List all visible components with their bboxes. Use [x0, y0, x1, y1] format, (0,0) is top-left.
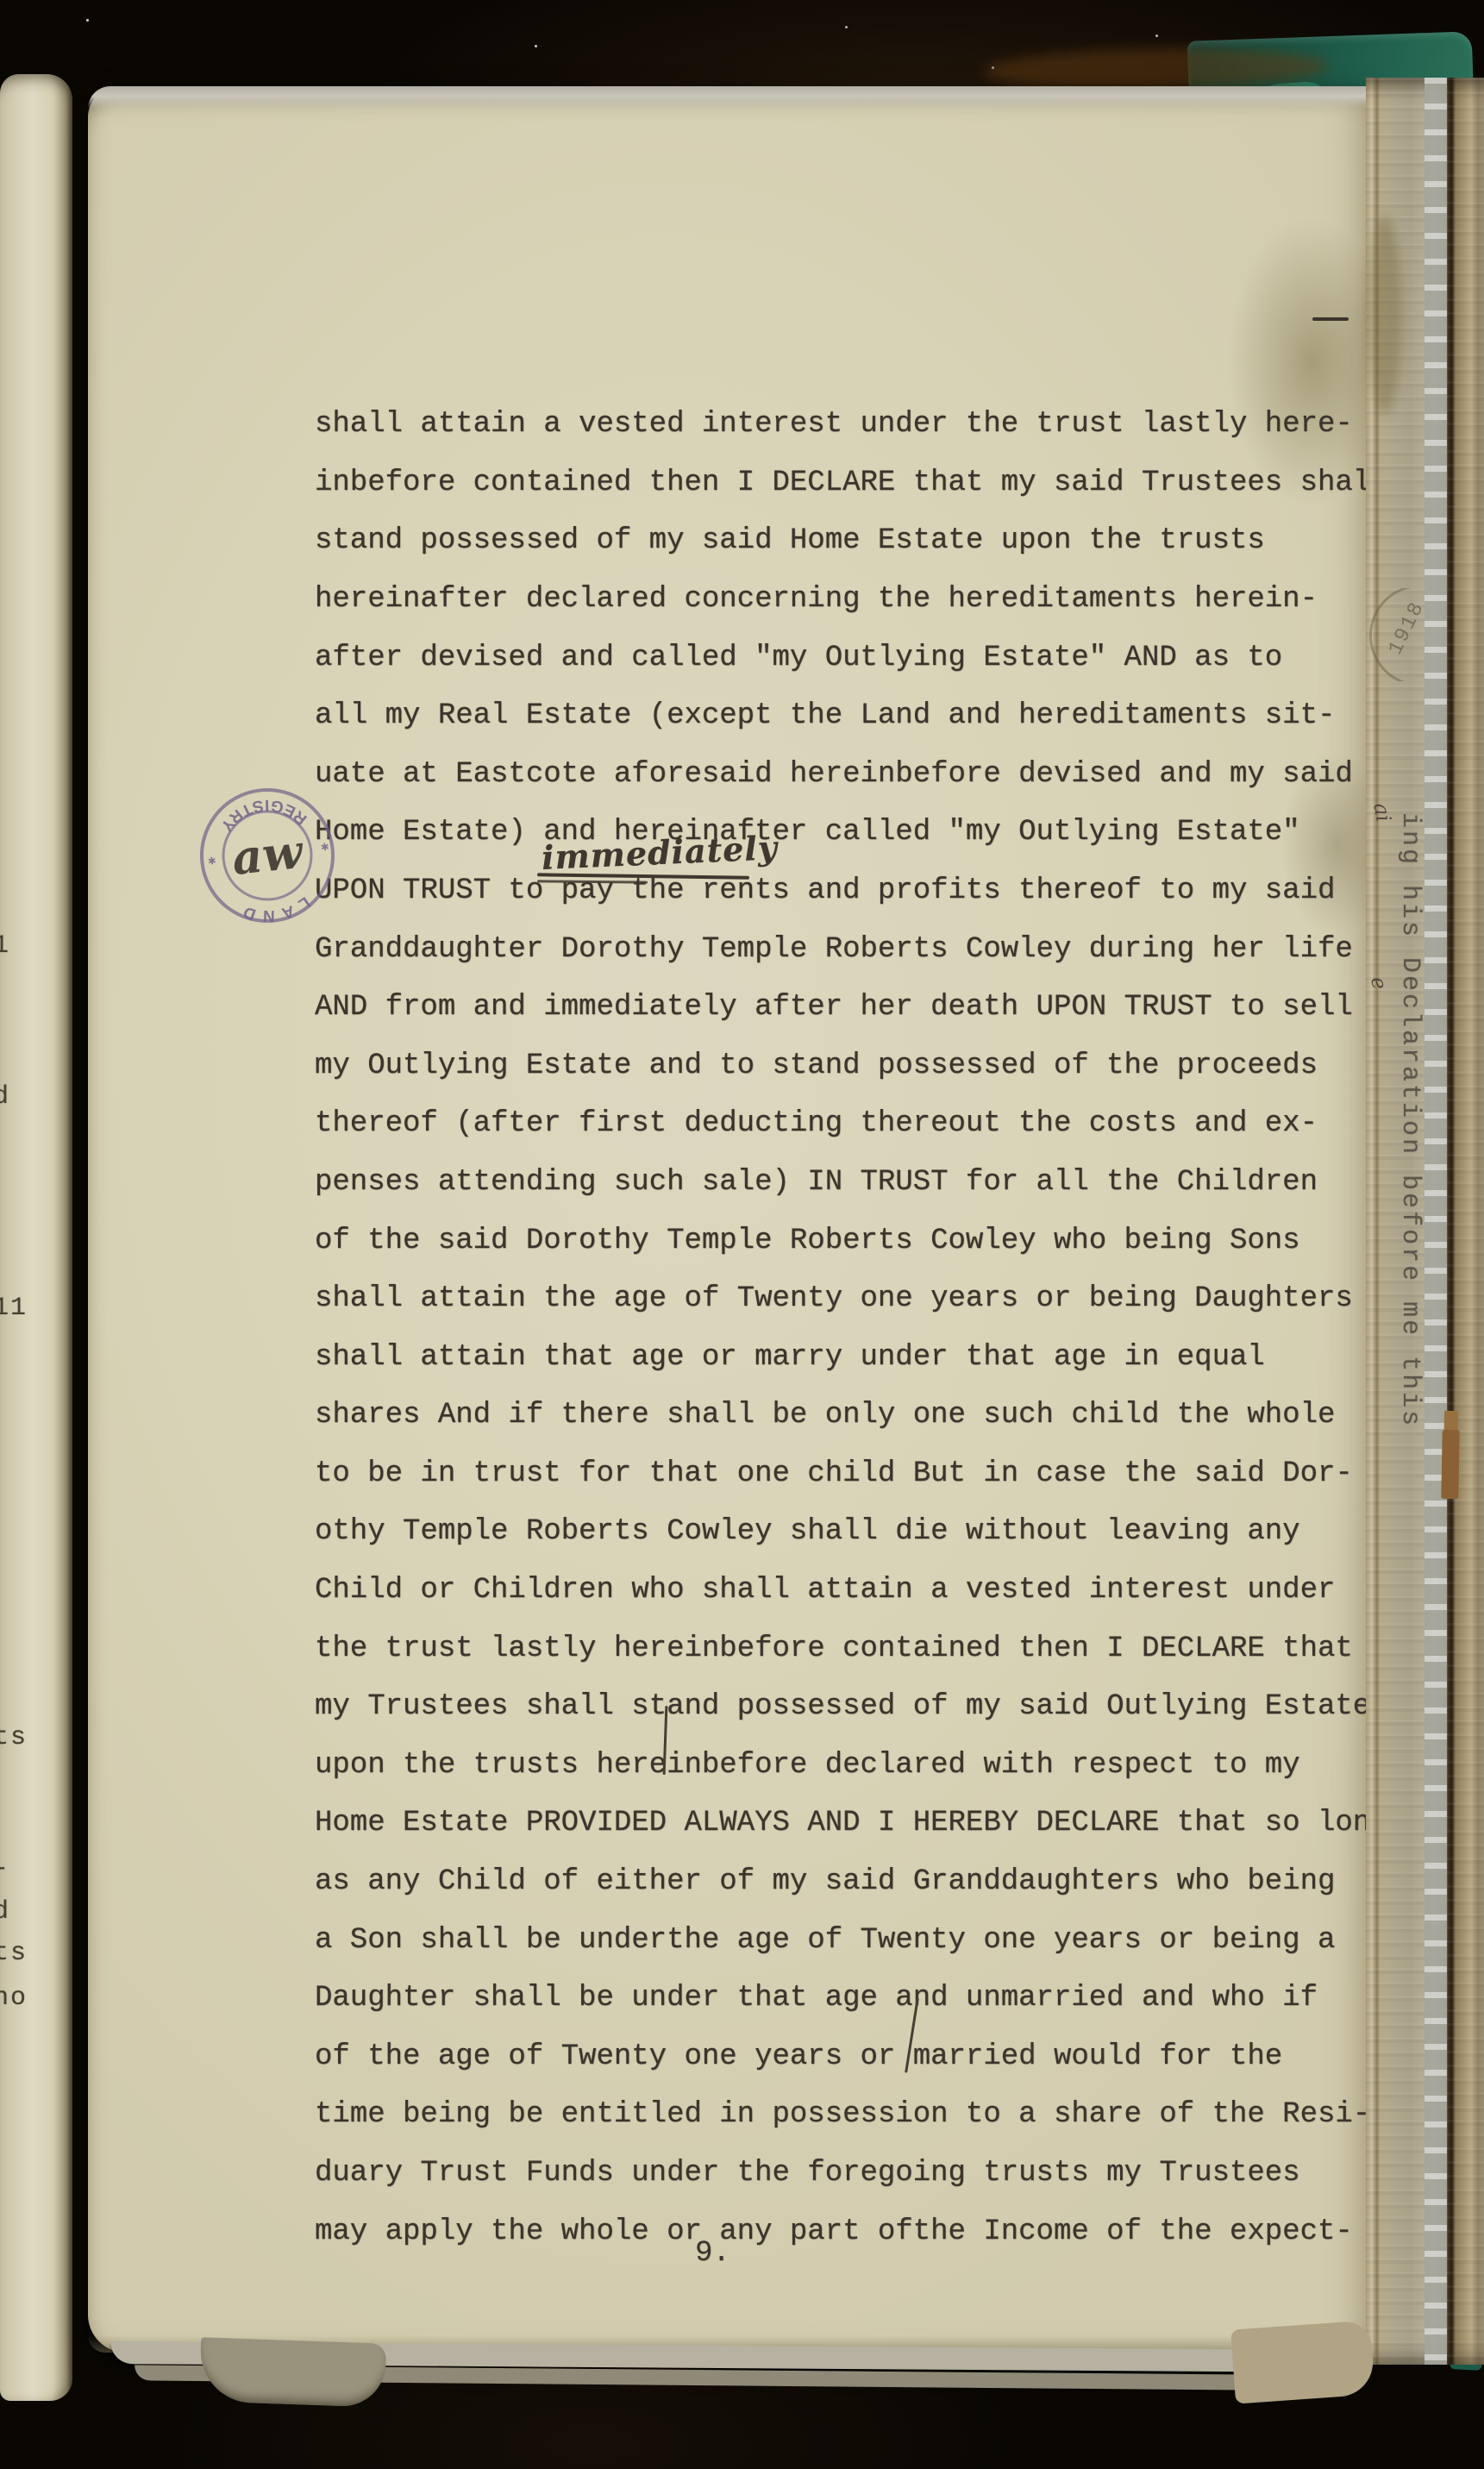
- typed-line: may apply the whole or any part ofthe In…: [315, 2203, 1388, 2262]
- typed-line: shall attain a vested interest under the…: [315, 396, 1388, 454]
- typed-line: time being be entitled in possession to …: [315, 2086, 1388, 2145]
- page-stack-right: [1366, 78, 1484, 2365]
- previous-page-text-fragment: 1: [0, 931, 10, 961]
- previous-page-text-fragment: d: [0, 1082, 10, 1112]
- gutter-vertical-text: ing his Declaration before me this: [1385, 812, 1425, 1485]
- typed-line: Child or Children who shall attain a ves…: [315, 1562, 1388, 1620]
- typed-line: Granddaughter Dorothy Temple Roberts Cow…: [315, 921, 1388, 980]
- stamp-star-left: ✱: [320, 838, 329, 854]
- typed-line: inbefore contained then I DECLARE that m…: [315, 454, 1388, 513]
- typed-line: all my Real Estate (except the Land and …: [315, 687, 1388, 746]
- previous-page-text-fragment: no: [0, 1983, 28, 2013]
- typed-line: to be in trust for that one child But in…: [315, 1445, 1388, 1504]
- stamp-star-right: ✱: [207, 852, 216, 868]
- typed-line: after devised and called "my Outlying Es…: [315, 630, 1388, 688]
- typed-line: of the age of Twenty one years or marrie…: [315, 2028, 1388, 2087]
- torn-page-tab: [199, 2337, 386, 2407]
- typed-line: duary Trust Funds under the foregoing tr…: [315, 2145, 1388, 2203]
- typed-line: hereinafter declared concerning the here…: [315, 571, 1388, 630]
- typed-line: AND from and immediately after her death…: [315, 979, 1388, 1037]
- previous-page-text-fragment: -: [0, 1854, 10, 1883]
- typed-line: of the said Dorothy Temple Roberts Cowle…: [315, 1213, 1388, 1271]
- under-page-corner-wedge: [1230, 2320, 1375, 2403]
- typed-text-block: shall attain a vested interest under the…: [315, 279, 1388, 2378]
- gutter-brown-patch: [1441, 1430, 1459, 1499]
- typed-line: my Outlying Estate and to stand possesse…: [315, 1037, 1388, 1096]
- stamp-monogram: aw: [229, 824, 307, 886]
- typed-line: penses attending such sale) IN TRUST for…: [315, 1154, 1388, 1213]
- gutter-stain: [1368, 216, 1402, 414]
- typed-line: Home Estate PROVIDED ALWAYS AND I HEREBY…: [315, 1795, 1388, 1853]
- typed-line: my Trustees shall stand possessed of my …: [315, 1678, 1388, 1737]
- previous-page-text-fragment: ts: [0, 1939, 28, 1968]
- typed-line: Home Estate) and hereinafter called "my …: [315, 804, 1388, 862]
- typed-line: upon the trusts hereinbefore declared wi…: [315, 1737, 1388, 1795]
- previous-page-text-fragment: d: [0, 1897, 10, 1927]
- land-registry-stamp: LAND REGISTRY ✱ ✱ aw: [194, 782, 341, 929]
- dust-specks: [86, 19, 89, 22]
- partial-date-stamp-year: 1918: [1384, 598, 1430, 659]
- page-number: 9.: [695, 2237, 730, 2270]
- typed-line: Daughter shall be under that age and unm…: [315, 1970, 1388, 2028]
- page-stack-silver-strip: [1425, 78, 1447, 2365]
- previous-page-edge: 1d11ts-dtsno: [0, 74, 72, 2401]
- previous-page-text-fragment: ts: [0, 1723, 28, 1752]
- page-top-edge: [88, 86, 1374, 109]
- svg-text:LAND: LAND: [234, 892, 315, 929]
- typed-line: thereof (after first deducting thereout …: [315, 1095, 1388, 1154]
- previous-page-text-fragment: 11: [0, 1294, 28, 1323]
- typed-underscore-mark: [1312, 317, 1349, 321]
- scanned-will-page-photo: 1d11ts-dtsno shall attain a vested inter…: [0, 0, 1484, 2469]
- typed-line: uate at Eastcote aforesaid hereinbefore …: [315, 746, 1388, 805]
- typed-line: the trust lastly hereinbefore contained …: [315, 1620, 1388, 1679]
- typed-line: stand possessed of my said Home Estate u…: [315, 512, 1388, 571]
- typed-line: othy Temple Roberts Cowley shall die wit…: [315, 1503, 1388, 1562]
- typed-line: shall attain the age of Twenty one years…: [315, 1270, 1388, 1329]
- document-page: shall attain a vested interest under the…: [88, 86, 1374, 2353]
- typed-line: as any Child of either of my said Grandd…: [315, 1853, 1388, 1912]
- typed-line: a Son shall be underthe age of Twenty on…: [315, 1912, 1388, 1971]
- stamp-top-text: LAND: [234, 892, 315, 929]
- typed-line: shall attain that age or marry under tha…: [315, 1329, 1388, 1388]
- typed-line: shares And if there shall be only one su…: [315, 1387, 1388, 1445]
- typed-line: UPON TRUST to pay the rents and profits …: [315, 862, 1388, 921]
